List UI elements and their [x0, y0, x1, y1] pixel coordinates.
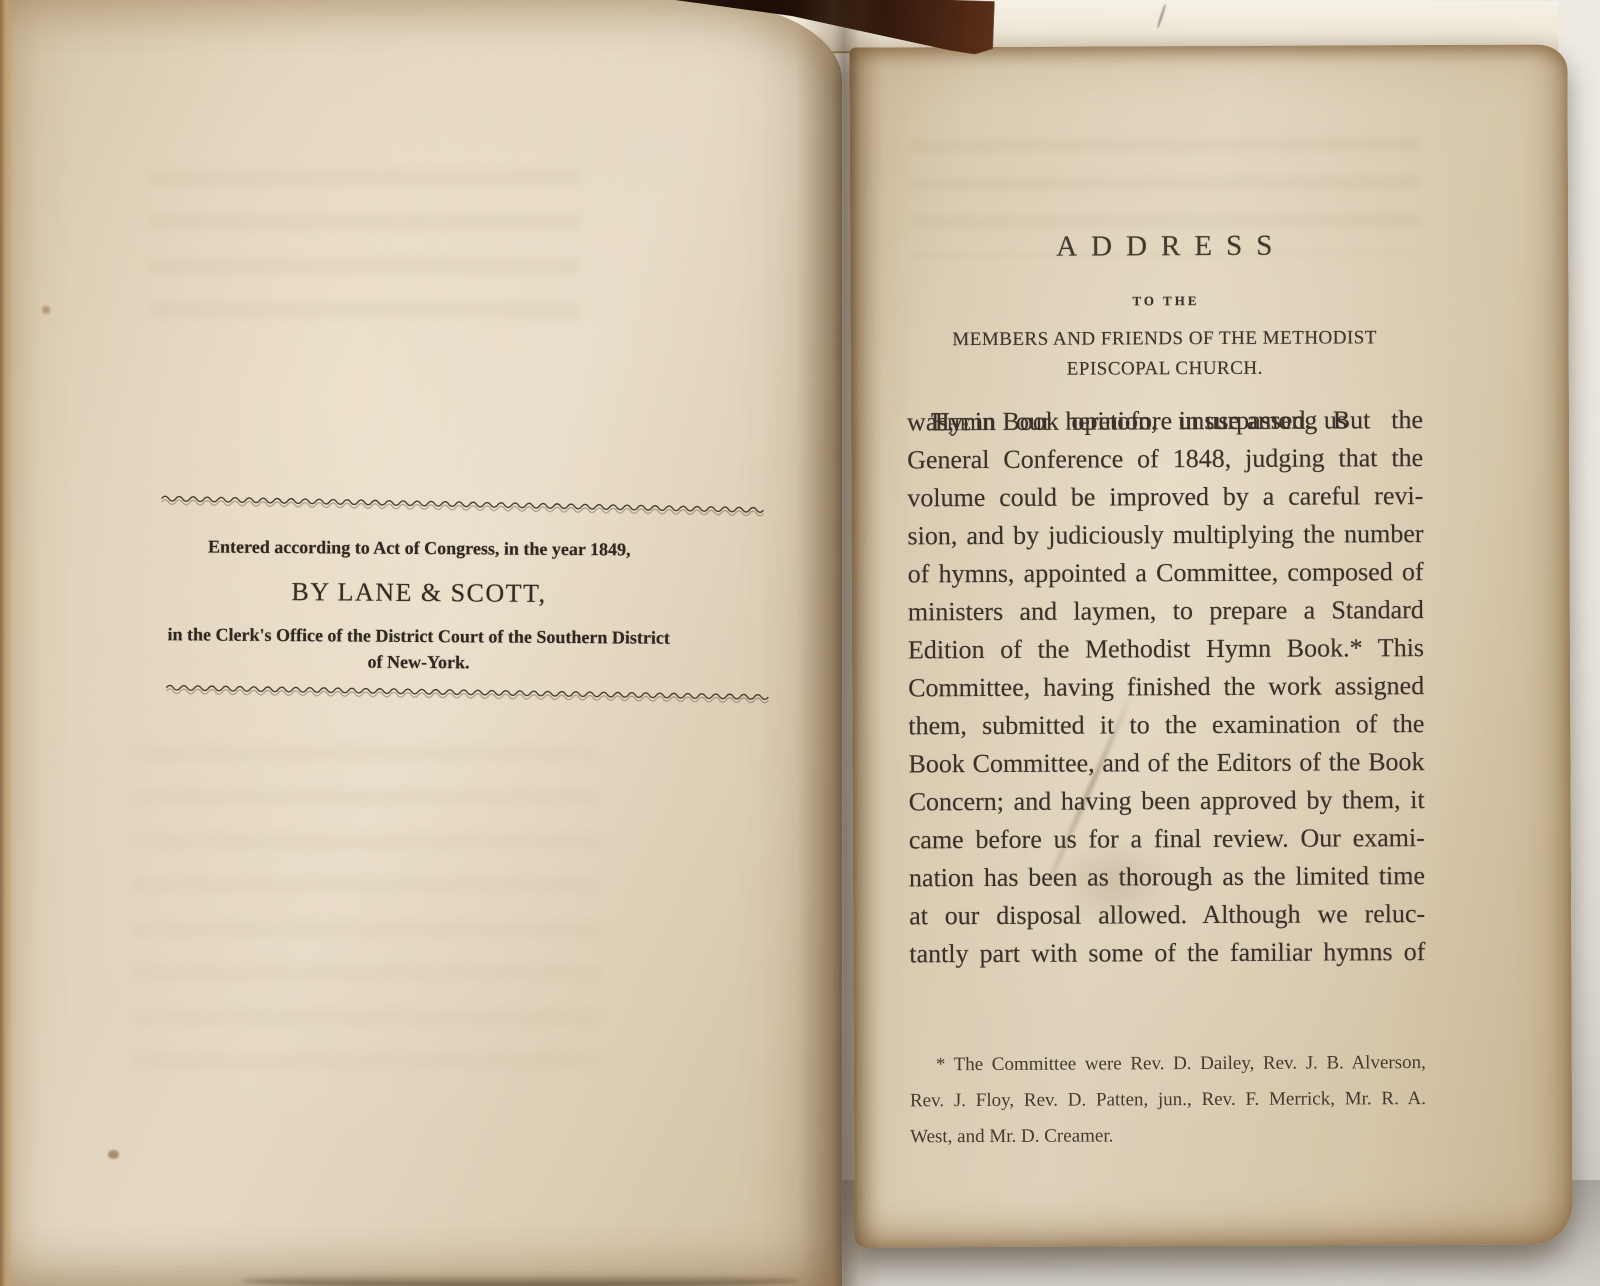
- footnote-line: * The Committee were Rev. D. Dailey, Rev…: [910, 1045, 1426, 1083]
- body-line: sion, and by judiciously multiplying the…: [907, 515, 1423, 555]
- footnote-line: Rev. J. Floy, Rev. D. Patten, jun., Rev.…: [910, 1081, 1426, 1119]
- addressee-line-2: EPISCOPAL CHURCH.: [907, 357, 1423, 381]
- body-line: was, in our opinion, unsurpassed. But th…: [907, 401, 1423, 441]
- body-line: Book Committee, and of the Editors of th…: [908, 743, 1424, 783]
- book-photo: Entered according to Act of Congress, in…: [0, 0, 1600, 1286]
- clerk-office-line-2: of New-York.: [108, 650, 728, 675]
- body-line: of hymns, appointed a Committee, compose…: [908, 553, 1424, 593]
- addressee-line-1: MEMBERS AND FRIENDS OF THE METHODIST: [907, 327, 1423, 351]
- body-line: nation has been as thorough as the limit…: [909, 857, 1425, 897]
- footnote-line: West, and Mr. D. Creamer.: [910, 1117, 1426, 1155]
- wavy-rule-bottom: [166, 682, 756, 705]
- clerk-office-line-1: in the Clerk's Office of the District Co…: [91, 624, 747, 650]
- copyright-block: Entered according to Act of Congress, in…: [0, 0, 845, 903]
- body-line: Concern; and having been approved by the…: [909, 781, 1425, 821]
- body-line: General Conference of 1848, judging that…: [907, 439, 1423, 479]
- body-line: Committee, having finished the work assi…: [908, 667, 1424, 707]
- body-paragraph: The Hymn Book heretofore in use among us…: [907, 401, 1426, 1019]
- body-line: tantly part with some of the familiar hy…: [909, 933, 1425, 973]
- publisher-line: BY LANE & SCOTT,: [109, 576, 729, 610]
- body-line: Edition of the Methodist Hymn Book.* Thi…: [908, 629, 1424, 669]
- left-page: Entered according to Act of Congress, in…: [0, 0, 842, 1286]
- page-title: ADDRESS: [906, 229, 1422, 264]
- body-line: came before us for a final review. Our e…: [909, 819, 1425, 859]
- pencil-mark: [1156, 3, 1167, 29]
- footnote: * The Committee were Rev. D. Dailey, Rev…: [910, 1045, 1426, 1155]
- foxing-spot: [108, 1150, 119, 1159]
- body-line: ministers and laymen, to prepare a Stand…: [908, 591, 1424, 631]
- body-line: volume could be improved by a careful re…: [907, 477, 1423, 517]
- copyright-entered-line: Entered according to Act of Congress, in…: [109, 536, 729, 561]
- body-line: them, submitted it to the examination of…: [908, 705, 1424, 745]
- right-page: ADDRESS TO THE MEMBERS AND FRIENDS OF TH…: [849, 44, 1572, 1247]
- page-bottom-shadow: [240, 1274, 800, 1286]
- wavy-rule-top: [162, 493, 762, 519]
- page-subtitle: TO THE: [906, 292, 1422, 310]
- body-line: at our disposal allowed. Although we rel…: [909, 895, 1425, 935]
